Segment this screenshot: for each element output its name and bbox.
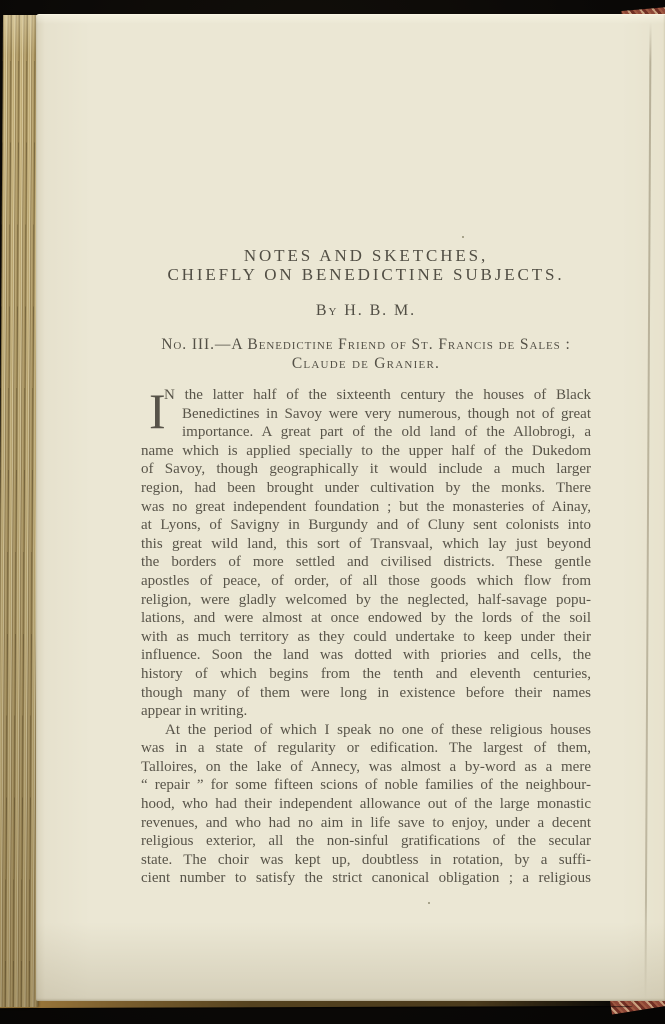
- drop-cap: I: [149, 386, 166, 437]
- text-line: the borders of more settled and civilise…: [141, 553, 591, 572]
- text-line: influence. Soon the land was dotted with…: [141, 646, 591, 665]
- text-line: hood, who had their independent allowanc…: [141, 795, 591, 814]
- text-line: was no great independent foundation ; bu…: [141, 498, 591, 517]
- page-content: NOTES AND SKETCHES, CHIEFLY ON BENEDICTI…: [141, 246, 591, 888]
- article-heading-line-1: No. III.—A Benedictine Friend of St. Fra…: [141, 335, 591, 354]
- text-line: lations, and were almost at once endowed…: [141, 609, 591, 628]
- text-line: state. The choir was kept up, doubtless …: [141, 851, 591, 870]
- text-line: appear in writing.: [141, 702, 591, 721]
- paragraph: IN the latter half of the sixteenth cent…: [141, 386, 591, 721]
- text-line: of Savoy, though geographically it would…: [141, 460, 591, 479]
- text-line: “ repair ” for some fifteen scions of no…: [141, 776, 591, 795]
- text-line: though many of them were long in existen…: [141, 684, 591, 703]
- text-line: religion, were gladly welcomed by the ne…: [141, 591, 591, 610]
- text-line: this great wild land, this sort of Trans…: [141, 535, 591, 554]
- text-line: region, had been brought under cultivati…: [141, 479, 591, 498]
- text-line: name which is applied specially to the u…: [141, 442, 591, 461]
- journal-title-line-1: NOTES AND SKETCHES,: [141, 246, 591, 265]
- book-page: NOTES AND SKETCHES, CHIEFLY ON BENEDICTI…: [36, 14, 665, 1001]
- text-line: at Lyons, of Savigny in Burgundy and of …: [141, 516, 591, 535]
- byline: By H. B. M.: [141, 302, 591, 320]
- text-line: with as much territory as they could und…: [141, 628, 591, 647]
- text-line: Talloires, on the lake of Annecy, was al…: [141, 758, 591, 777]
- paper-speck: [428, 902, 430, 904]
- article-heading-line-2: Claude de Granier.: [141, 354, 591, 373]
- text-line: importance. A great part of the old land…: [141, 423, 591, 442]
- journal-title-line-2: CHIEFLY ON BENEDICTINE SUBJECTS.: [141, 265, 591, 284]
- page-crease: [644, 22, 651, 1000]
- paragraph: At the period of which I speak no one of…: [141, 721, 591, 888]
- article-body: IN the latter half of the sixteenth cent…: [141, 386, 591, 888]
- text-line: history of which begins from the tenth a…: [141, 665, 591, 684]
- text-line: religious exterior, all the non-sinful g…: [141, 832, 591, 851]
- text-line: revenues, and who had no aim in life sav…: [141, 814, 591, 833]
- text-line: At the period of which I speak no one of…: [141, 721, 591, 740]
- text-line: was in a state of regularity or edificat…: [141, 739, 591, 758]
- text-line: Benedictines in Savoy were very numerous…: [141, 405, 591, 424]
- paper-speck: [462, 236, 464, 238]
- text-line: cient number to satisfy the strict canon…: [141, 869, 591, 888]
- text-line: apostles of peace, of order, of all thos…: [141, 572, 591, 591]
- text-line: N the latter half of the sixteenth centu…: [141, 386, 591, 405]
